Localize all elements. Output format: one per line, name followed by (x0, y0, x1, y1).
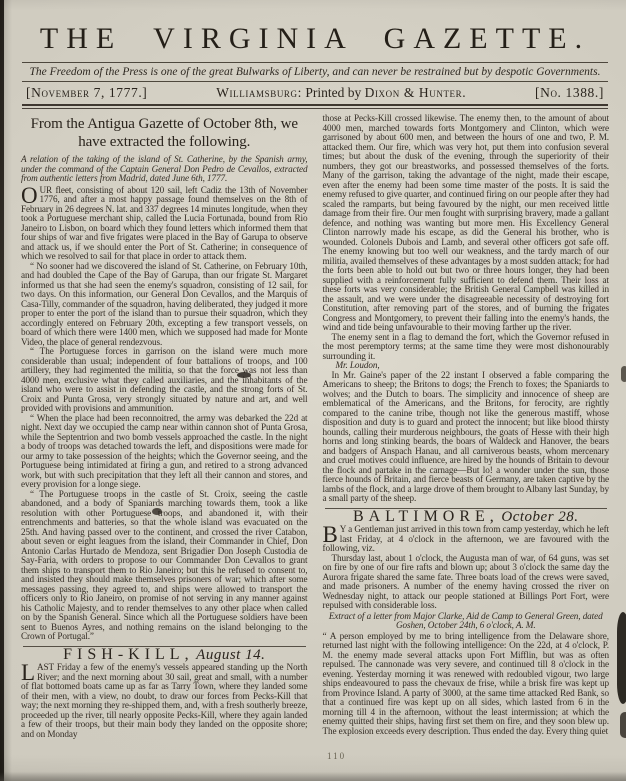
paragraph: “ The Portuguese troops in the castle of… (21, 490, 308, 642)
headline-date: October 28. (501, 509, 578, 525)
imprint-printers: Dixon & Hunter. (365, 85, 467, 100)
paragraph-extract: “ A person employed by me to bring intel… (323, 632, 610, 737)
antigua-section-heading: From the Antigua Gazette of October 8th,… (27, 116, 302, 151)
issue-number: [No. 1388.] (535, 85, 604, 101)
paragraph-fishkill: LAST Friday a few of the enemy's vessels… (21, 663, 308, 739)
scan-edge-left (0, 0, 4, 781)
ink-blot (152, 508, 162, 515)
imprint-city: Williamsburg: (216, 85, 302, 100)
ink-blot (237, 372, 251, 378)
motto: The Freedom of the Press is one of the g… (20, 63, 610, 81)
paragraph: “ The Portuguese forces in garrison on t… (21, 347, 308, 414)
page-number: 110 (327, 751, 346, 761)
ink-smudge-right-lower (620, 712, 626, 738)
paragraph-fable: In Mr. Gaine's paper of the 22 instant I… (323, 371, 610, 504)
paragraph: “ When the place had been reconnoitred, … (21, 414, 308, 490)
newspaper-page: THE VIRGINIA GAZETTE. The Freedom of the… (0, 0, 626, 781)
paragraph-text: UR fleet, consisting of about 120 sail, … (21, 185, 308, 262)
paragraph-text: AST Friday a few of the enemy's vessels … (21, 662, 308, 739)
imprint-printed-by: Printed by (305, 85, 361, 100)
imprint: Williamsburg: Printed by Dixon & Hunter. (216, 85, 466, 101)
paragraph-thursday: Thursday last, about 1 o'clock, the Augu… (323, 554, 610, 611)
right-column: those at Pecks-Kill crossed likewise. Th… (323, 114, 610, 774)
headline-place: BALTIMORE, (353, 508, 499, 525)
dateline: [November 7, 1777.] Williamsburg: Printe… (20, 82, 610, 104)
left-column: From the Antigua Gazette of October 8th,… (21, 114, 308, 774)
headline-place: FISH-KILL, (63, 646, 193, 663)
paragraph: “ No sooner had we discovered the island… (21, 262, 308, 348)
paragraph-baltimore: BY a Gentleman just arrived in this town… (323, 525, 610, 554)
fishkill-headline: FISH-KILL, August 14. (21, 650, 308, 662)
ink-smudge-right-large (617, 612, 626, 704)
scan-edge-bottom (0, 772, 626, 781)
paragraph-our-fleet: OUR fleet, consisting of about 120 sail,… (21, 186, 308, 262)
headline-date: August 14. (196, 647, 265, 663)
paragraph-text: Y a Gentleman just arrived in this town … (323, 524, 610, 553)
article-summary: A relation of the taking of the island o… (21, 155, 308, 184)
paragraph-continuation: those at Pecks-Kill crossed likewise. Th… (323, 114, 610, 333)
issue-date: [November 7, 1777.] (26, 85, 147, 101)
masthead: THE VIRGINIA GAZETTE. The Freedom of the… (0, 0, 626, 109)
drop-cap: L (21, 663, 37, 682)
baltimore-headline: BALTIMORE, October 28. (323, 512, 610, 524)
extract-heading: Extract of a letter from Major Clarke, A… (327, 612, 606, 631)
drop-cap: B (323, 525, 340, 544)
ink-smudge-right-small (621, 366, 626, 382)
drop-cap: O (21, 186, 40, 205)
newspaper-title: THE VIRGINIA GAZETTE. (20, 22, 610, 56)
article-columns: From the Antigua Gazette of October 8th,… (0, 109, 626, 774)
paragraph-flag: The enemy sent in a flag to demand the f… (323, 333, 610, 362)
